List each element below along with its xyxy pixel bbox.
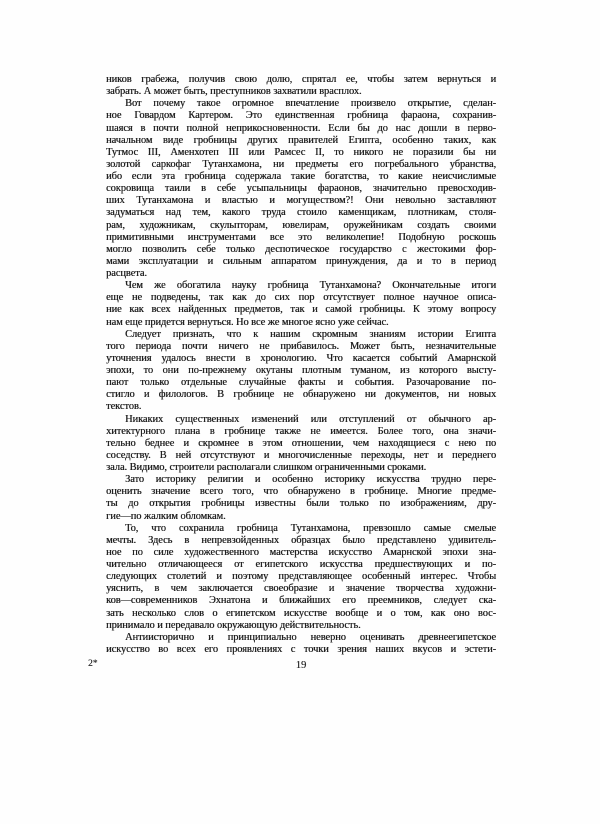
book-page: ников грабежа, получив свою долю, спрята… [0, 0, 600, 824]
text-line: забрать. А может быть, преступников захв… [106, 86, 496, 98]
text-line: ние как всех найденных предметов, так и … [106, 304, 496, 316]
text-line: ников грабежа, получив свою долю, спрята… [106, 74, 496, 86]
text-line: То, что сохранила гробница Тутанхамона, … [106, 523, 496, 535]
signature-mark: 2* [88, 659, 98, 669]
text-line: пают только отдельные случайные факты и … [106, 377, 496, 389]
text-line: ков—современников Эхнатона и ближайших е… [106, 595, 496, 607]
text-line: текстов. [106, 401, 496, 413]
text-line: чительно отличающееся от египетского иск… [106, 559, 496, 571]
text-line: могло позволить себе только деспотическо… [106, 244, 496, 256]
text-line: ших Тутанхамона и властью и могуществом?… [106, 195, 496, 207]
text-line: ное Говардом Картером. Это единственная … [106, 110, 496, 122]
text-line: уяснить, в чем заключается своеобразие и… [106, 583, 496, 595]
text-line: начальном виде гробницы других правителе… [106, 135, 496, 147]
text-line: Вот почему такое огромное впечатление пр… [106, 98, 496, 110]
text-line: Чем же обогатила науку гробница Тутанхам… [106, 280, 496, 292]
text-line: мечты. Здесь в непревзойденных образцах … [106, 535, 496, 547]
text-line: Антиисторично и принципиально неверно оц… [106, 632, 496, 644]
text-line: оценить значение всего того, что обнаруж… [106, 486, 496, 498]
text-line: еще не подведены, так как до сих пор отс… [106, 292, 496, 304]
text-line: уточнения удалось внести в хронологию. Ч… [106, 353, 496, 365]
text-line: гие—по жалким обломкам. [106, 511, 496, 523]
text-line: примитивными инструментами все это велик… [106, 232, 496, 244]
text-line: того периода почти ничего не прибавилось… [106, 341, 496, 353]
text-line: хитектурного плана в гробнице также не и… [106, 426, 496, 438]
text-line: нам еще придется вернуться. Но все же мн… [106, 317, 496, 329]
text-line: мами эксплуатации и сильным аппаратом пр… [106, 256, 496, 268]
text-line: задуматься над тем, какого труда стоило … [106, 207, 496, 219]
text-line: Тутмос III, Аменхотеп III или Рамсес II,… [106, 147, 496, 159]
text-line: принимало и передавало окружающую действ… [106, 620, 496, 632]
text-line: ты до открытия гробницы известны были то… [106, 498, 496, 510]
text-line: зала. Видимо, строители располагали слиш… [106, 462, 496, 474]
text-line: шаяся в почти полной неприкосновенности.… [106, 123, 496, 135]
page-text: ников грабежа, получив свою долю, спрята… [106, 74, 496, 656]
text-line: зать несколько слов о египетском искусст… [106, 608, 496, 620]
text-line: Зато историку религии и особенно историк… [106, 474, 496, 486]
text-line: расцвета. [106, 268, 496, 280]
text-line: стигло и филологов. В гробнице не обнару… [106, 389, 496, 401]
text-line: ное по силе художественного мастерства и… [106, 547, 496, 559]
text-line: искусство во всех его проявлениях с точк… [106, 644, 496, 656]
page-number: 19 [106, 660, 496, 671]
text-line: рам, художникам, скульпторам, ювелирам, … [106, 220, 496, 232]
text-line: Следует признать, что к нашим скромным з… [106, 329, 496, 341]
text-line: сокровища таили в себе усыпальницы фарао… [106, 183, 496, 195]
text-line: золотой саркофаг Тутанхамона, ни предмет… [106, 159, 496, 171]
text-line: соседству. В ней отсутствуют и многочисл… [106, 450, 496, 462]
text-line: Никаких существенных изменений или отсту… [106, 414, 496, 426]
text-line: эпохи, то они по-прежнему окутаны плотны… [106, 365, 496, 377]
text-line: тельно беднее и скромнее в этом отношени… [106, 438, 496, 450]
text-line: ибо если эта гробница содержала такие бо… [106, 171, 496, 183]
text-line: следующих столетий и поэтому представляю… [106, 571, 496, 583]
